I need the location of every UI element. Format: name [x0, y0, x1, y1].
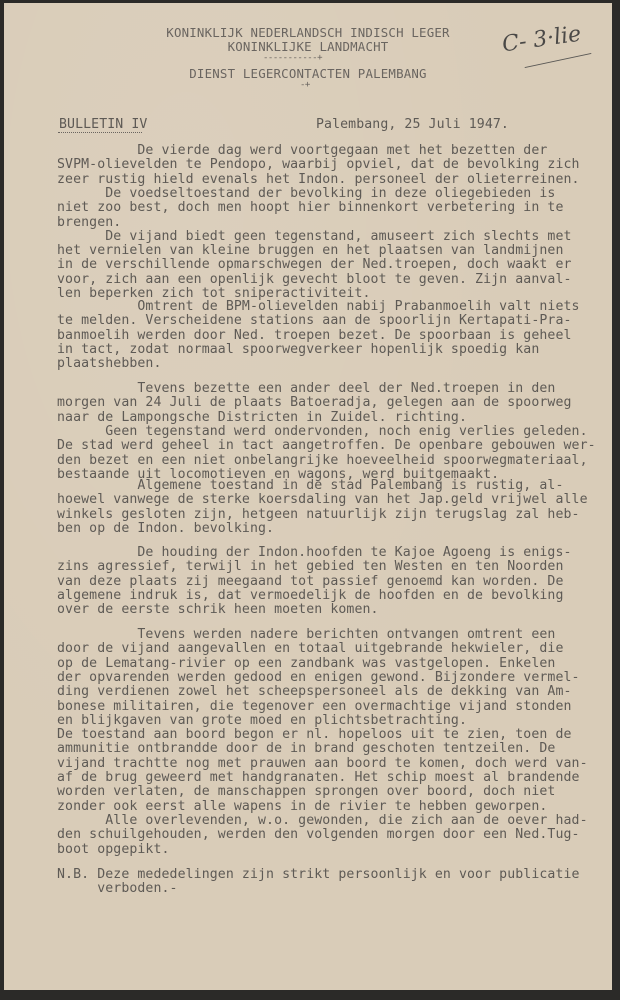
paragraph-line: Alle overlevenden, w.o. gewonden, die zi… [57, 814, 588, 828]
paragraph-line: over de eerste schrik heen moeten komen. [57, 603, 379, 617]
paragraph-line: der opvarenden werden gedood en enigen g… [57, 671, 580, 685]
paragraph-line: ammunitie ontbrandde door de in brand ge… [57, 742, 555, 756]
paragraph-line: De toestand aan boord begon er nl. hopel… [57, 728, 572, 742]
paragraph-line: hoewel vanwege de sterke koersdaling van… [57, 493, 588, 507]
paragraph-line: De stad werd geheel in tact aangetroffen… [57, 439, 596, 453]
header-separator-2: -+ [300, 80, 310, 90]
paragraph-line: voor, zich aan een openlijk gevecht bloo… [57, 273, 572, 287]
paragraph-line: den schuilgehouden, werden den volgenden… [57, 828, 580, 842]
paragraph-line: zins agressief, terwijl in het gebied te… [57, 560, 564, 574]
paragraph-line: den bezet en een niet onbelangrijke hoev… [57, 454, 588, 468]
paragraph-line: algemene indruk is, dat vermoedelijk de … [57, 589, 564, 603]
paragraph-line: De voedseltoestand der bevolking in deze… [57, 187, 555, 201]
bulletin-label: BULLETIN IV [59, 118, 147, 132]
paragraph-line: winkels gesloten zijn, hetgeen natuurlij… [57, 508, 580, 522]
paragraph-line: De vierde dag werd voortgegaan met het b… [57, 144, 547, 158]
paragraph-line: brengen. [57, 216, 121, 230]
paragraph-line: Tevens bezette een ander deel der Ned.tr… [57, 382, 555, 396]
paragraph-line: af de brug geweerd met handgranaten. Het… [57, 771, 580, 785]
paragraph-line: boot opgepikt. [57, 843, 170, 857]
footnote-line-2: verboden.- [57, 882, 178, 896]
paragraph-line: zonder ook eerst alle wapens in de rivie… [57, 800, 547, 814]
paragraph-line: De vijand biedt geen tegenstand, amuseer… [57, 230, 572, 244]
paragraph-line: Tevens werden nadere berichten ontvangen… [57, 628, 555, 642]
paragraph-line: De houding der Indon.hoofden te Kajoe Ag… [57, 546, 572, 560]
paragraph-line: naar de Lampongsche Districten in Zuidel… [57, 411, 467, 425]
paragraph-line: niet zoo best, doch men hoopt hier binne… [57, 201, 564, 215]
paragraph-line: Omtrent de BPM-olievelden nabij Prabanmo… [57, 300, 580, 314]
paragraph-line: te melden. Verscheidene stations aan de … [57, 314, 572, 328]
paragraph-line: SVPM-olievelden te Pendopo, waarbij opvi… [57, 158, 580, 172]
paragraph-line: worden verlaten, de manschappen sprongen… [57, 785, 555, 799]
bulletin-underline [58, 132, 142, 133]
paragraph-line: op de Lematang-rivier op een zandbank wa… [57, 657, 555, 671]
paragraph-line: door de vijand aangevallen en totaal uit… [57, 642, 564, 656]
paragraph-line: en blijkgaven van grote moed en plichtsb… [57, 714, 467, 728]
paragraph-line: ben op de Indon. bevolking. [57, 522, 274, 536]
paragraph-line: morgen van 24 Juli de plaats Batoeradja,… [57, 396, 572, 410]
header-line-3: DIENST LEGERCONTACTEN PALEMBANG [4, 66, 612, 81]
place-date: Palembang, 25 Juli 1947. [316, 118, 509, 132]
header-separator: -----------+ [263, 53, 322, 63]
paragraph-line: het vernielen van kleine bruggen en het … [57, 244, 564, 258]
paragraph-line: van deze plaats zij meegaand tot passief… [57, 575, 564, 589]
paragraph-line: Geen tegenstand werd ondervonden, noch e… [57, 425, 588, 439]
paragraph-line: bonese militairen, die tegenover een ove… [57, 700, 572, 714]
paragraph-line: plaatshebben. [57, 357, 162, 371]
paragraph-line: vijand trachtte nog met prauwen aan boor… [57, 757, 588, 771]
paragraph-line: in de verschillende opmarschwegen der Ne… [57, 258, 572, 272]
paragraph-line: ding verdienen zowel het scheepspersonee… [57, 685, 572, 699]
document-page: KONINKLIJK NEDERLANDSCH INDISCH LEGER KO… [4, 3, 612, 990]
paragraph-line: zeer rustig hield evenals het Indon. per… [57, 173, 580, 187]
paragraph-line: Algemene toestand in de stad Palembang i… [57, 479, 564, 493]
paragraph-line: in tact, zodat normaal spoorwegverkeer h… [57, 343, 539, 357]
paragraph-line: banmoelih werden door Ned. troepen bezet… [57, 329, 572, 343]
